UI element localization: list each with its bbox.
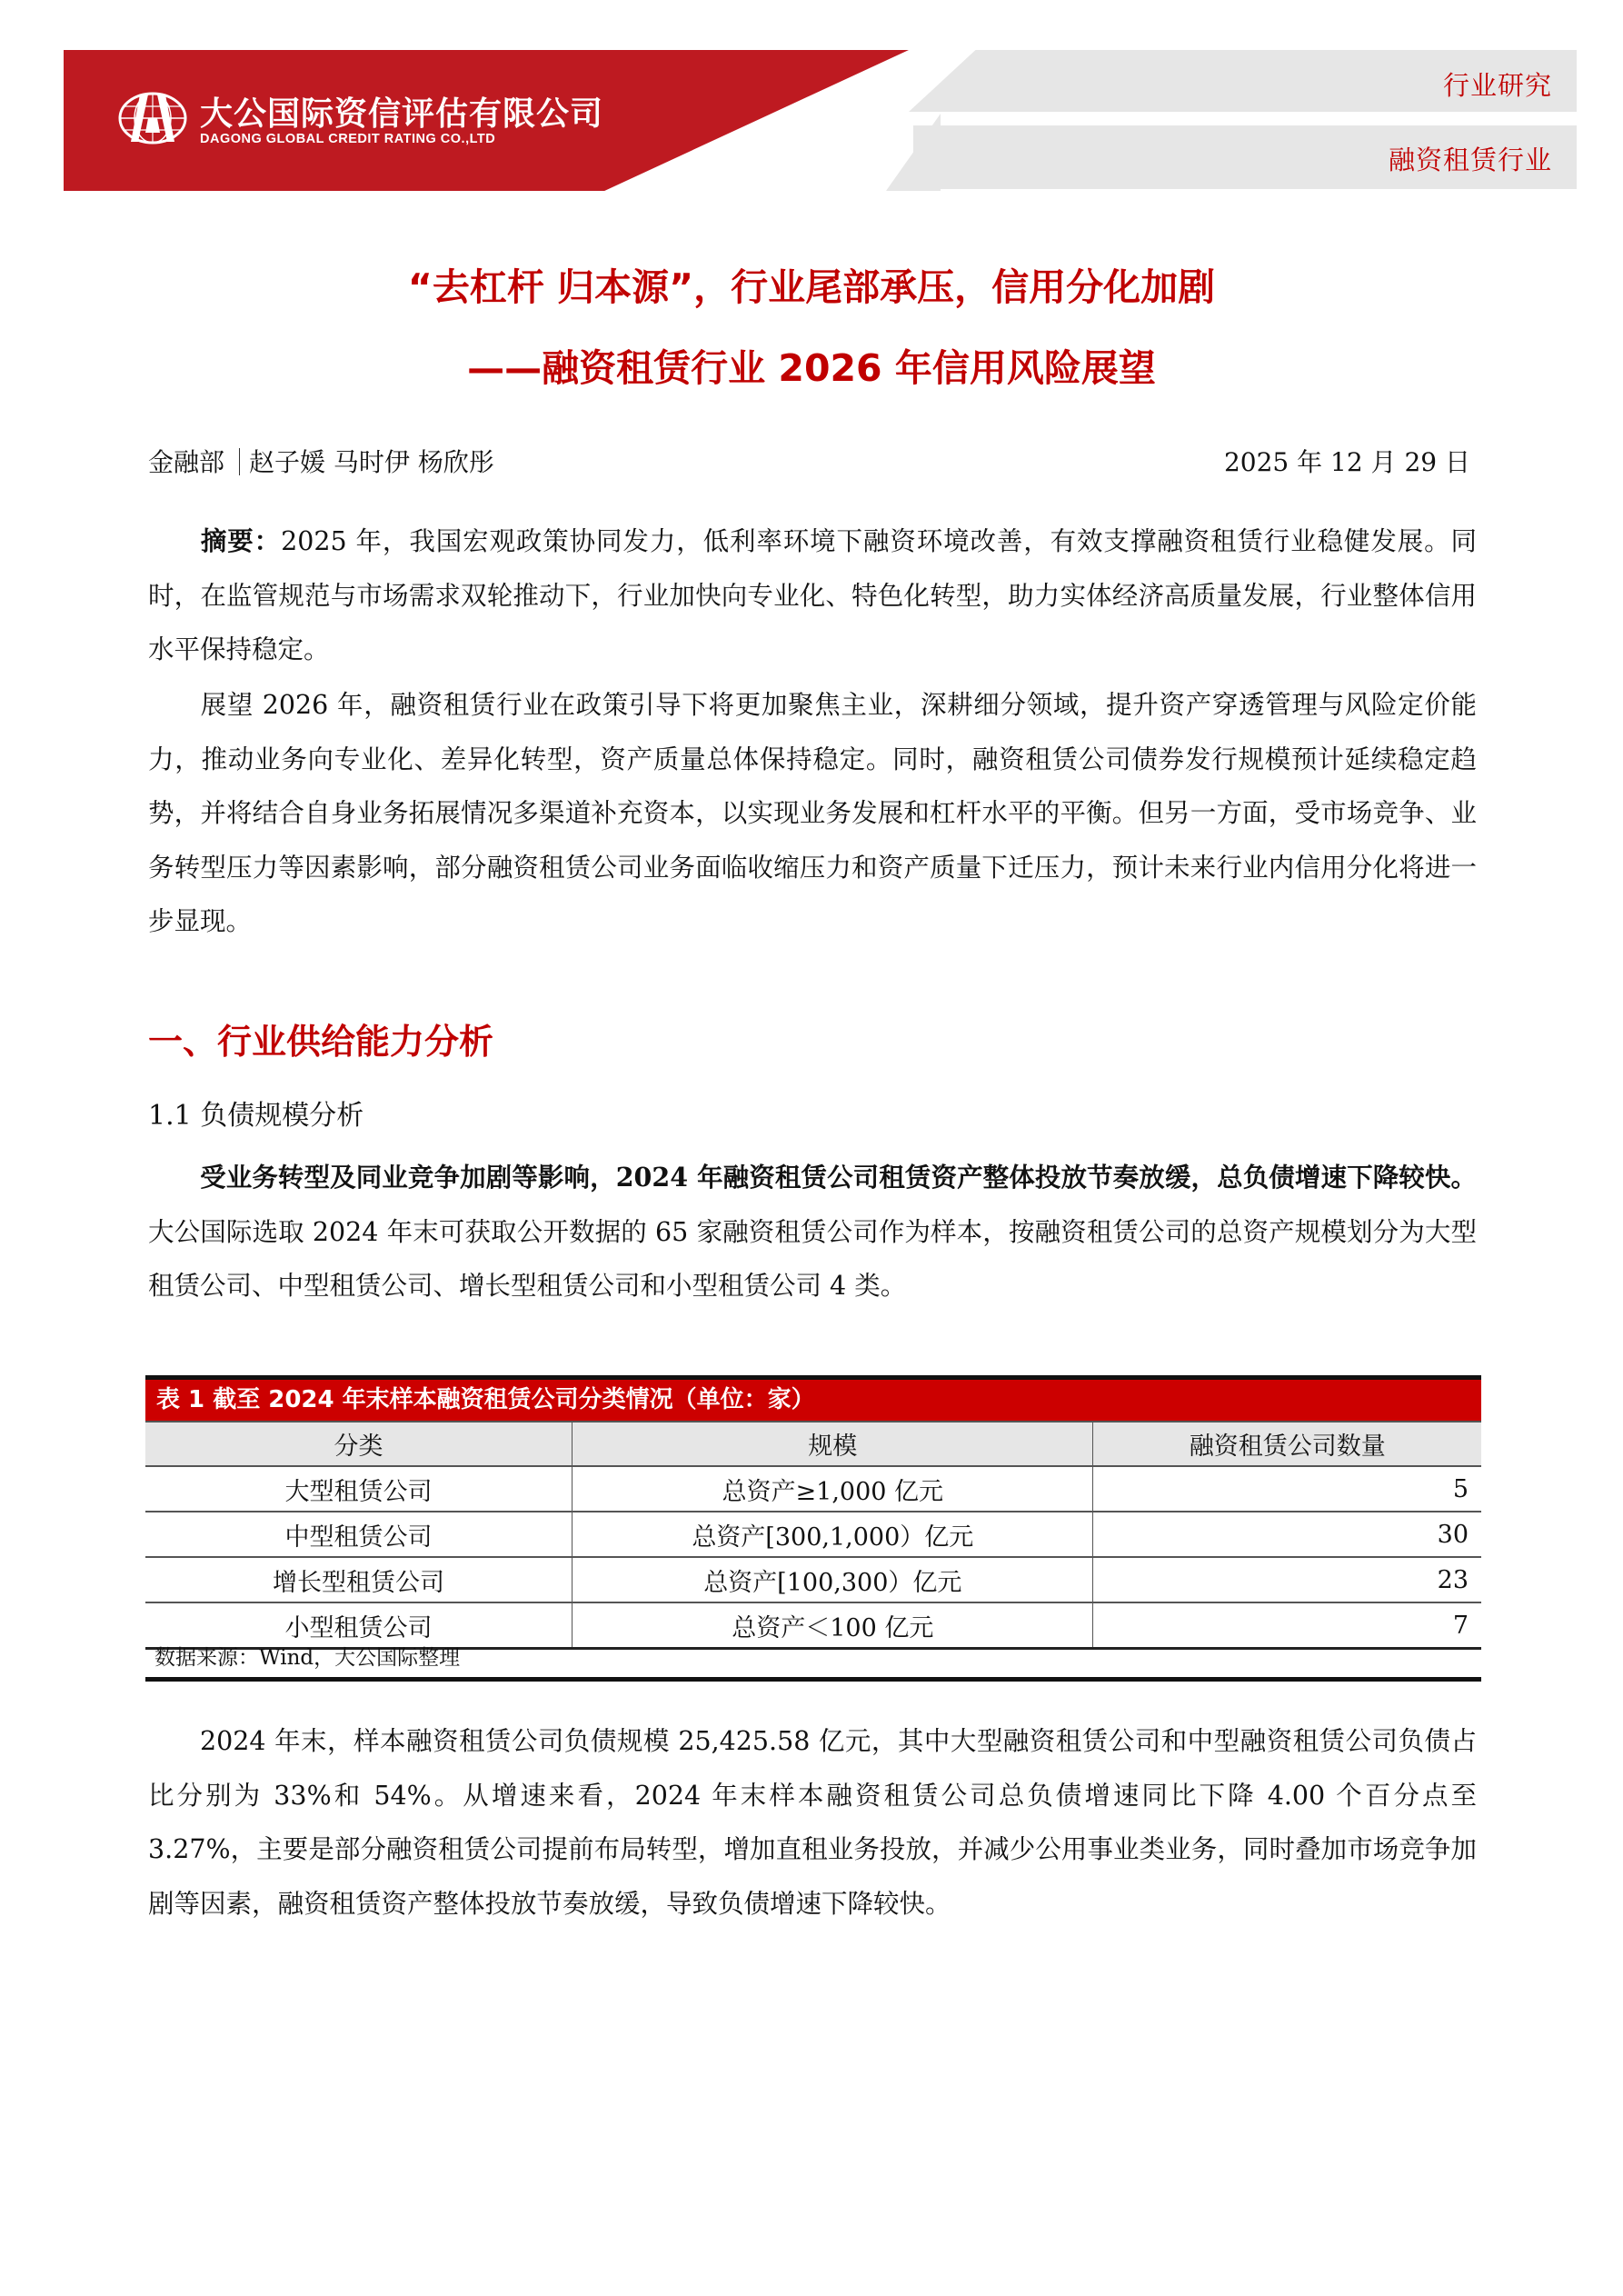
- table-row: 中型租赁公司 总资产[300,1,000）亿元 30: [145, 1512, 1481, 1557]
- category-cell: 大型租赁公司: [145, 1466, 573, 1512]
- company-name-cn: 大公国际资信评估有限公司: [200, 88, 603, 135]
- column-header: 规模: [573, 1422, 1093, 1466]
- tag-category: 行业研究: [1443, 65, 1552, 103]
- table-header-row: 分类 规模 融资租赁公司数量: [145, 1422, 1481, 1466]
- separator: [239, 448, 240, 475]
- abstract-label: 摘要：: [200, 525, 281, 556]
- subsection-heading: 1.1 负债规模分析: [148, 1093, 363, 1133]
- scale-cell: 总资产[300,1,000）亿元: [573, 1512, 1093, 1557]
- report-date: 2025 年 12 月 29 日: [1224, 443, 1470, 479]
- table-caption: 表 1 截至 2024 年末样本融资租赁公司分类情况（单位：家）: [145, 1380, 1481, 1421]
- report-title: “去杠杆 归本源”，行业尾部承压，信用分化加剧: [0, 257, 1623, 311]
- abstract-paragraph-2: 展望 2026 年，融资租赁行业在政策引导下将更加聚焦主业，深耕细分领域，提升资…: [148, 678, 1477, 949]
- category-cell: 中型租赁公司: [145, 1512, 573, 1557]
- author-line: 金融部赵子媛 马时伊 杨欣彤: [148, 443, 494, 479]
- category-cell: 增长型租赁公司: [145, 1557, 573, 1602]
- department: 金融部: [148, 447, 224, 477]
- count-cell: 30: [1093, 1512, 1481, 1557]
- count-cell: 7: [1093, 1602, 1481, 1649]
- scale-cell: 总资产＜100 亿元: [573, 1602, 1093, 1649]
- section-paragraph-1: 受业务转型及同业竞争加剧等影响，2024 年融资租赁公司租赁资产整体投放节奏放缓…: [148, 1151, 1477, 1313]
- table-row: 增长型租赁公司 总资产[100,300）亿元 23: [145, 1557, 1481, 1602]
- company-name-en: DAGONG GLOBAL CREDIT RATING CO.,LTD: [200, 132, 495, 146]
- count-cell: 5: [1093, 1466, 1481, 1512]
- section-paragraph-2: 2024 年末，样本融资租赁公司负债规模 25,425.58 亿元，其中大型融资…: [148, 1714, 1477, 1931]
- report-subtitle: ——融资租赁行业 2026 年信用风险展望: [0, 338, 1623, 392]
- scale-cell: 总资产≥1,000 亿元: [573, 1466, 1093, 1512]
- section-heading: 一、行业供给能力分析: [148, 1013, 493, 1063]
- count-cell: 23: [1093, 1557, 1481, 1602]
- scale-cell: 总资产[100,300）亿元: [573, 1557, 1093, 1602]
- column-header: 融资租赁公司数量: [1093, 1422, 1481, 1466]
- table-source-note: 数据来源：Wind，大公国际整理: [154, 1641, 460, 1671]
- company-classification-table: 分类 规模 融资租赁公司数量 大型租赁公司 总资产≥1,000 亿元 5 中型租…: [145, 1421, 1481, 1650]
- dagong-globe-logo-icon: [118, 91, 187, 145]
- authors: 赵子媛 马时伊 杨欣彤: [249, 447, 494, 477]
- column-header: 分类: [145, 1422, 573, 1466]
- table-bottom-rule: [145, 1677, 1481, 1682]
- table-row: 大型租赁公司 总资产≥1,000 亿元 5: [145, 1466, 1481, 1512]
- tag-industry: 融资租赁行业: [1389, 140, 1552, 177]
- abstract-paragraph-1: 摘要：2025 年，我国宏观政策协同发力，低利率环境下融资环境改善，有效支撑融资…: [148, 514, 1477, 677]
